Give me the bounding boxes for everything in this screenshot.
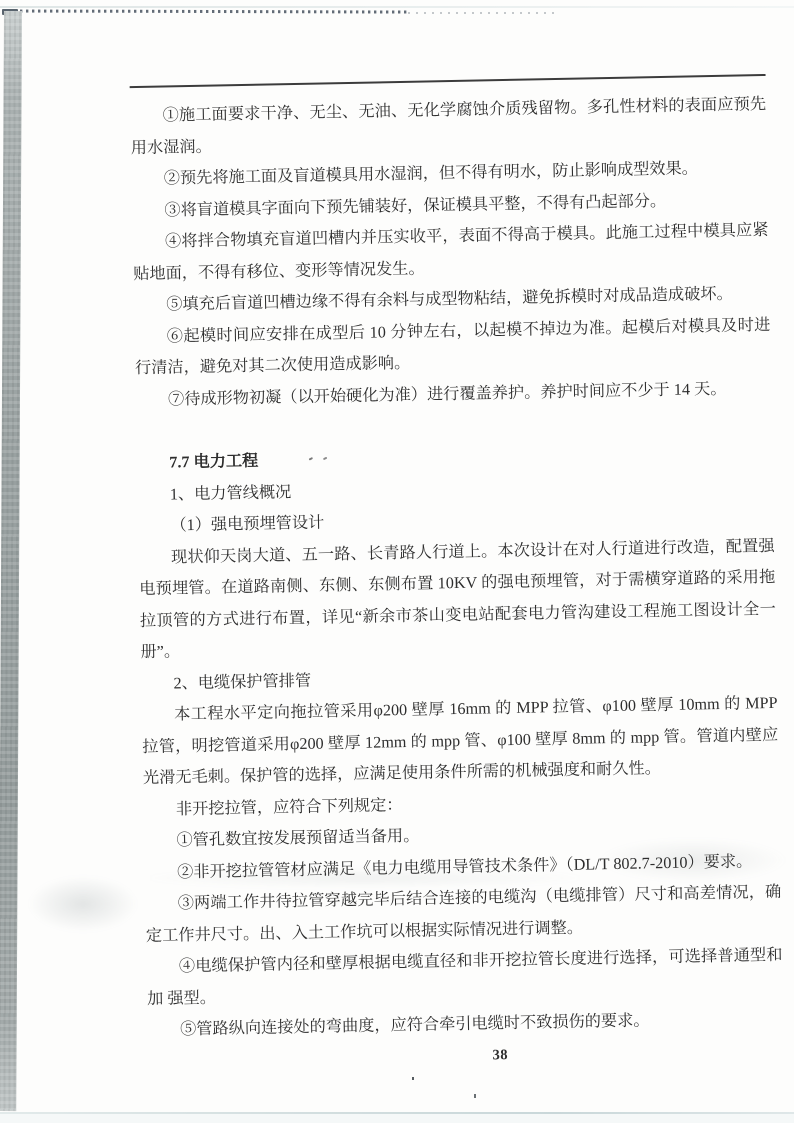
header-rule	[130, 74, 766, 88]
document-page: ①施工面要求干净、无尘、无油、无化学腐蚀介质残留物。多孔性材料的表面应预先用水湿…	[129, 60, 784, 1078]
scan-shadow-left-strip	[0, 11, 22, 1111]
scan-paper-top-edge	[0, 6, 794, 8]
scan-background-bottom	[0, 1114, 794, 1123]
section-heading-text: 7.7 电力工程	[169, 452, 258, 472]
scan-shadow-top-line	[2, 9, 408, 13]
paragraph-pipe-specs: 本工程水平定向拖拉管采用φ200 壁厚 16mm 的 MPP 拉管、φ100 壁…	[141, 688, 779, 795]
scan-speck	[412, 1077, 414, 1080]
scan-speck	[474, 1094, 476, 1098]
scan-bleedthrough-smudge	[28, 876, 138, 932]
paragraph-overview: 现状仰天岗大道、五一路、长青路人行道上。本次设计在对人行道进行改造，配置强电预埋…	[138, 530, 776, 668]
scan-shadow-top-line-faint	[408, 12, 558, 14]
scan-stray-dots	[309, 457, 313, 461]
